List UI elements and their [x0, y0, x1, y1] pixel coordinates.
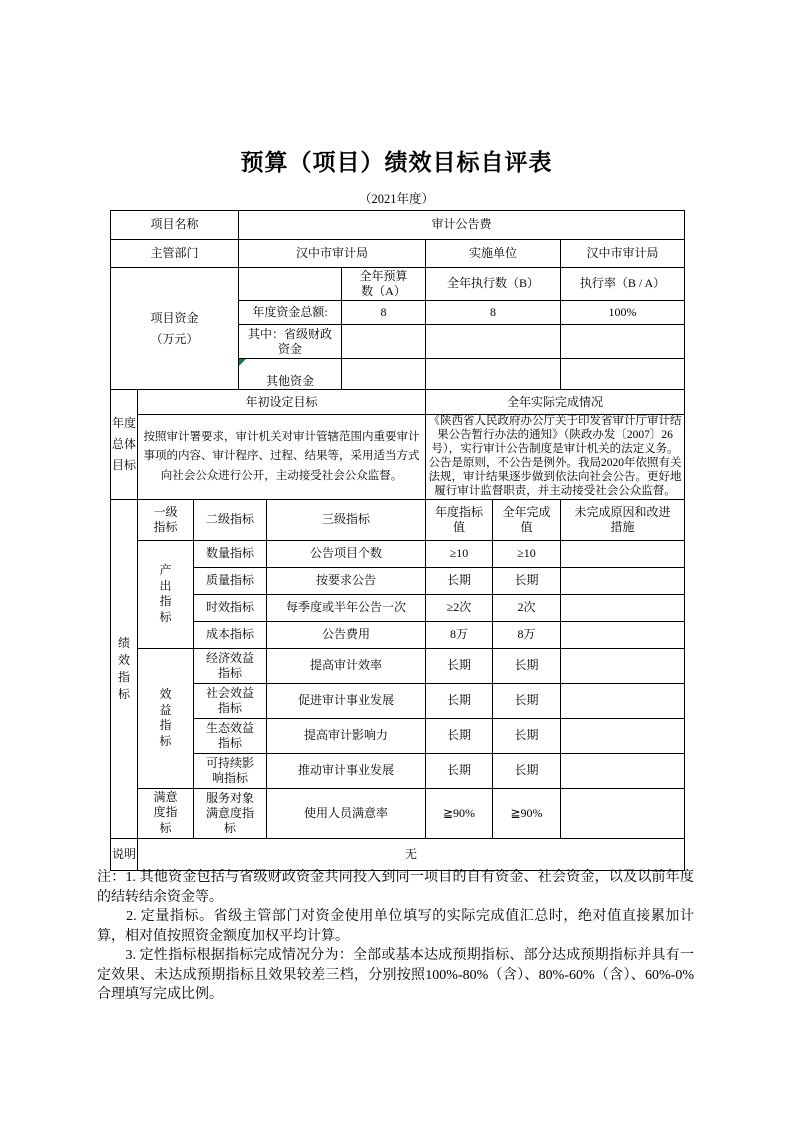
indicator-l2: 服务对象 满意度指 标 — [194, 788, 267, 838]
funds-provincial-exec — [426, 325, 561, 359]
row-project-name: 项目名称 审计公告费 — [111, 211, 685, 240]
indicator-row: 社会效益 指标 促进审计事业发展 长期 长期 — [111, 683, 685, 718]
remark-label: 说明 — [111, 838, 138, 870]
impl-label: 实施单位 — [426, 240, 561, 268]
indicator-annual: 长期 — [426, 567, 493, 594]
dept-value: 汉中市审计局 — [239, 240, 426, 268]
footnotes: 注：1. 其他资金包括与省级财政资金共同投入到同一项目的自有资金、社会资金，以及… — [97, 868, 694, 1005]
document-page: { "title": "预算（项目）绩效目标自评表", "subtitle": … — [0, 0, 793, 1122]
footnote-3: 3. 定性指标根据指标完成情况分为：全部或基本达成预期指标、部分达成预期指标并具… — [97, 946, 694, 1005]
indicator-l2: 质量指标 — [194, 567, 267, 594]
header-reason: 未完成原因和改进 措施 — [561, 499, 685, 540]
row-goal-header: 年度 总体 目标 年初设定目标 全年实际完成情况 — [111, 390, 685, 415]
indicator-row: 效 益 指 标 经济效益 指标 提高审计效率 长期 长期 — [111, 648, 685, 683]
indicator-annual: ≥2次 — [426, 594, 493, 621]
project-name-value: 审计公告费 — [239, 211, 685, 240]
funds-provincial-label: 其中：省级财政 资金 — [239, 325, 342, 359]
dept-label: 主管部门 — [111, 240, 239, 268]
indicator-l3: 公告费用 — [267, 621, 426, 648]
indicator-l3: 推动审计事业发展 — [267, 753, 426, 788]
funds-total-budget: 8 — [342, 301, 426, 325]
funds-other-label-text: 其他资金 — [266, 374, 314, 388]
indicator-reason — [561, 753, 685, 788]
indicator-done: 长期 — [493, 753, 561, 788]
funds-other-label: 其他资金 — [239, 359, 342, 390]
indicator-reason — [561, 648, 685, 683]
indicator-l3: 使用人员满意率 — [267, 788, 426, 838]
indicator-done: 2次 — [493, 594, 561, 621]
page-title: 预算（项目）绩效目标自评表 — [0, 144, 793, 177]
rate-col-header: 执行率（B / A） — [561, 268, 685, 301]
indicator-l3: 提高审计效率 — [267, 648, 426, 683]
goal-done-header: 全年实际完成情况 — [426, 390, 685, 415]
project-name-label: 项目名称 — [111, 211, 239, 240]
indicator-done: ≧90% — [493, 788, 561, 838]
indicator-annual: 长期 — [426, 753, 493, 788]
footnote-2: 2. 定量指标。省级主管部门对资金使用单位填写的实际完成值汇总时，绝对值直接累加… — [97, 907, 694, 946]
goal-set-header: 年初设定目标 — [138, 390, 426, 415]
indicator-row: 生态效益 指标 提高审计影响力 长期 长期 — [111, 718, 685, 753]
indicator-reason — [561, 683, 685, 718]
indicator-l2: 数量指标 — [194, 540, 267, 567]
group-output-label: 产 出 指 标 — [138, 540, 194, 648]
indicator-reason — [561, 594, 685, 621]
indicator-row: 成本指标 公告费用 8万 8万 — [111, 621, 685, 648]
cell-corner-marker-icon — [239, 359, 246, 366]
indicator-annual: 长期 — [426, 648, 493, 683]
indicator-l3: 公告项目个数 — [267, 540, 426, 567]
funds-sub-blank — [239, 268, 342, 301]
indicator-l3: 按要求公告 — [267, 567, 426, 594]
indicator-done: 长期 — [493, 718, 561, 753]
funds-total-exec: 8 — [426, 301, 561, 325]
indicator-l2: 生态效益 指标 — [194, 718, 267, 753]
indicator-done: ≥10 — [493, 540, 561, 567]
header-done-value: 全年完成 值 — [493, 499, 561, 540]
indicator-l3: 提高审计影响力 — [267, 718, 426, 753]
indicator-reason — [561, 718, 685, 753]
indicator-l2: 经济效益 指标 — [194, 648, 267, 683]
indicator-annual: 长期 — [426, 718, 493, 753]
funds-provincial-rate — [561, 325, 685, 359]
indicator-reason — [561, 788, 685, 838]
indicator-done: 长期 — [493, 683, 561, 718]
row-indicator-header: 绩 效 指 标 一级 指标 二级指标 三级指标 年度指标 值 全年完成 值 未完… — [111, 499, 685, 540]
indicator-annual: ≧90% — [426, 788, 493, 838]
header-level3: 三级指标 — [267, 499, 426, 540]
funds-total-rate: 100% — [561, 301, 685, 325]
header-level1: 一级 指标 — [138, 499, 194, 540]
indicator-annual: 长期 — [426, 683, 493, 718]
funds-other-exec — [426, 359, 561, 390]
evaluation-form-table: 项目名称 审计公告费 主管部门 汉中市审计局 实施单位 汉中市审计局 项目资金 … — [110, 210, 685, 871]
indicator-row: 时效指标 每季度或半年公告一次 ≥2次 2次 — [111, 594, 685, 621]
indicator-row: 产 出 指 标 数量指标 公告项目个数 ≥10 ≥10 — [111, 540, 685, 567]
impl-value: 汉中市审计局 — [561, 240, 685, 268]
annual-goal-label: 年度 总体 目标 — [111, 390, 138, 499]
indicator-reason — [561, 621, 685, 648]
indicator-l2: 时效指标 — [194, 594, 267, 621]
perf-section-label: 绩 效 指 标 — [111, 499, 138, 838]
indicator-done: 长期 — [493, 648, 561, 683]
header-annual-value: 年度指标 值 — [426, 499, 493, 540]
indicator-annual: 8万 — [426, 621, 493, 648]
indicator-done: 长期 — [493, 567, 561, 594]
funds-other-budget — [342, 359, 426, 390]
indicator-reason — [561, 567, 685, 594]
row-goal-body: 按照审计署要求，审计机关对审计管辖范围内重要审计事项的内容、审计程序、过程、结果… — [111, 415, 685, 499]
funds-label: 项目资金 （万元） — [111, 268, 239, 390]
funds-provincial-budget — [342, 325, 426, 359]
goal-done-text: 《陕西省人民政府办公厅关于印发省审计厅审计结果公告暂行办法的通知》（陕政办发〔2… — [426, 415, 685, 499]
goal-set-text: 按照审计署要求，审计机关对审计管辖范围内重要审计事项的内容、审计程序、过程、结果… — [138, 415, 426, 499]
budget-col-header: 全年预算 数（A） — [342, 268, 426, 301]
indicator-done: 8万 — [493, 621, 561, 648]
indicator-l2: 社会效益 指标 — [194, 683, 267, 718]
indicator-l2: 成本指标 — [194, 621, 267, 648]
remark-value: 无 — [138, 838, 685, 870]
indicator-row: 可持续影 响指标 推动审计事业发展 长期 长期 — [111, 753, 685, 788]
row-funds-header: 项目资金 （万元） 全年预算 数（A） 全年执行数（B） 执行率（B / A） — [111, 268, 685, 301]
footnote-1: 注：1. 其他资金包括与省级财政资金共同投入到同一项目的自有资金、社会资金，以及… — [97, 868, 694, 907]
page-subtitle: （2021年度） — [0, 189, 793, 207]
indicator-annual: ≥10 — [426, 540, 493, 567]
header-level2: 二级指标 — [194, 499, 267, 540]
indicator-row: 质量指标 按要求公告 长期 长期 — [111, 567, 685, 594]
row-remark: 说明 无 — [111, 838, 685, 870]
indicator-l2: 可持续影 响指标 — [194, 753, 267, 788]
funds-other-rate — [561, 359, 685, 390]
group-satisfaction-label: 满意 度指 标 — [138, 788, 194, 838]
indicator-l3: 促进审计事业发展 — [267, 683, 426, 718]
funds-total-label: 年度资金总额: — [239, 301, 342, 325]
indicator-reason — [561, 540, 685, 567]
indicator-l3: 每季度或半年公告一次 — [267, 594, 426, 621]
group-benefit-label: 效 益 指 标 — [138, 648, 194, 788]
indicator-row: 满意 度指 标 服务对象 满意度指 标 使用人员满意率 ≧90% ≧90% — [111, 788, 685, 838]
row-departments: 主管部门 汉中市审计局 实施单位 汉中市审计局 — [111, 240, 685, 268]
exec-col-header: 全年执行数（B） — [426, 268, 561, 301]
